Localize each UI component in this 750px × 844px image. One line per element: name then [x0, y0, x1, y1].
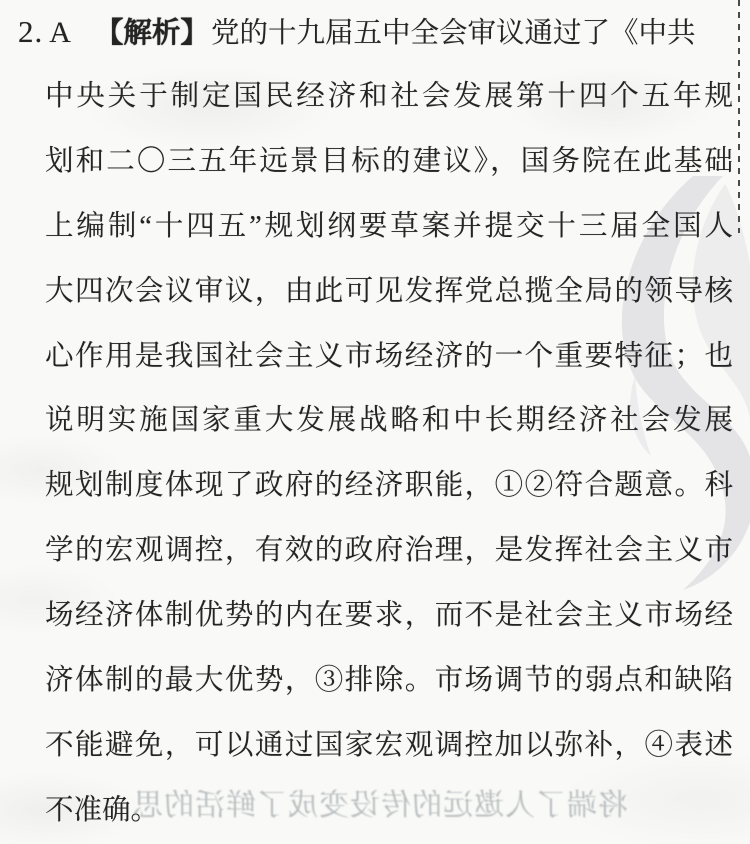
analysis-paragraph: 2.A【解析】党的十九届五中全会审议通过了《中共 中央关于制定国民经济和社会发展…: [0, 0, 750, 844]
analysis-line: 2.A【解析】党的十九届五中全会审议通过了《中共: [18, 0, 733, 65]
analysis-line: 说明实施国家重大发展战略和中长期经济社会发展: [45, 389, 733, 454]
analysis-line: 场经济体制优势的内在要求，而不是社会主义市场经: [45, 584, 733, 649]
answer-letter: A: [49, 16, 71, 49]
analysis-label: 【解析】: [95, 18, 209, 49]
question-number: 2.: [18, 14, 43, 49]
analysis-line: 上编制“十四五”规划纲要草案并提交十三届全国人: [45, 195, 733, 260]
analysis-line: 划和二〇三五年远景目标的建议》，国务院在此基础: [45, 130, 733, 195]
analysis-last-line: 不准确。: [45, 779, 733, 844]
first-line-text: 党的十九届五中全会审议通过了《中共: [211, 18, 696, 49]
analysis-line: 济体制的最大优势，③排除。市场调节的弱点和缺陷: [45, 649, 733, 714]
analysis-line: 规划制度体现了政府的经济职能，①②符合题意。科: [45, 454, 733, 519]
analysis-line: 大四次会议审议，由此可见发挥党总揽全局的领导核: [45, 260, 733, 325]
analysis-line: 学的宏观调控，有效的政府治理，是发挥社会主义市: [45, 519, 733, 584]
analysis-line: 中央关于制定国民经济和社会发展第十四个五年规: [45, 65, 733, 130]
analysis-line: 心作用是我国社会主义市场经济的一个重要特征；也: [45, 325, 733, 390]
analysis-line: 不能避免，可以通过国家宏观调控加以弥补，④表述: [45, 714, 733, 779]
